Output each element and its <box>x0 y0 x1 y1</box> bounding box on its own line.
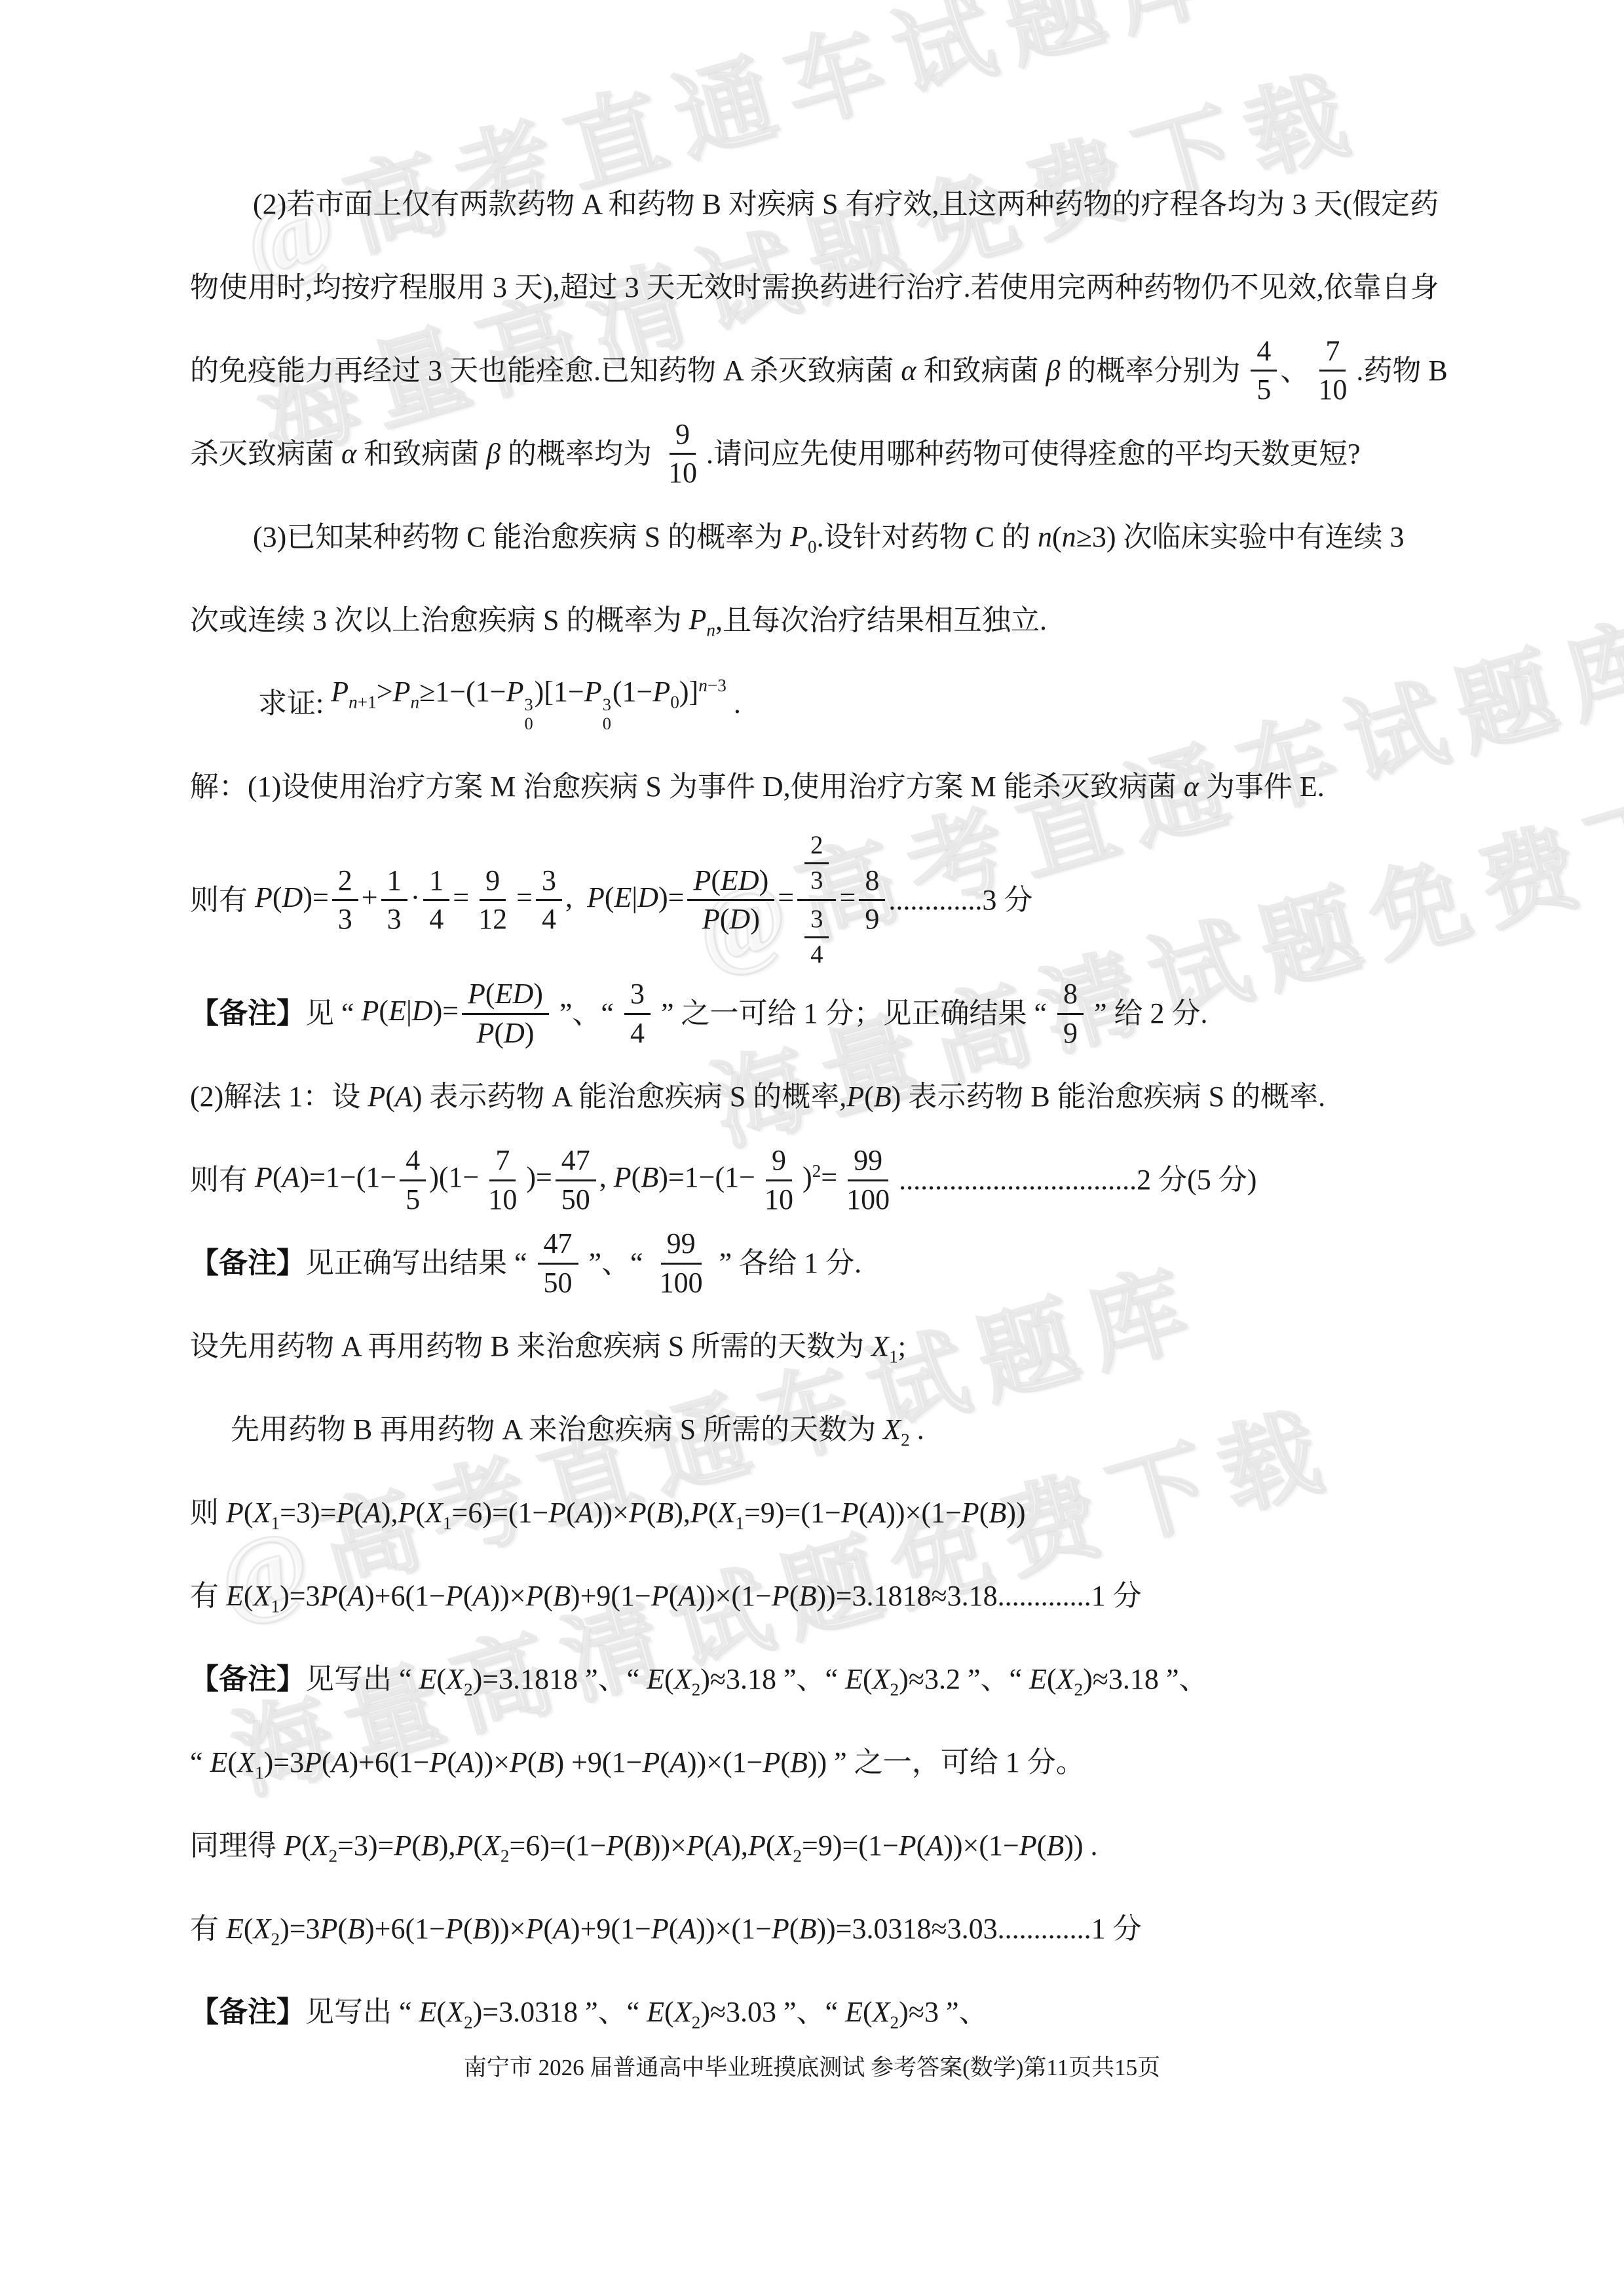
text-run: .............1 分 <box>998 1577 1142 1615</box>
math-symbol: 2 <box>812 1161 821 1181</box>
math-symbol: 2 <box>464 1679 473 1699</box>
math-variable: P <box>548 1497 566 1529</box>
subscript: 1 <box>271 1513 280 1533</box>
text-run: (2)若市面上仅有两款药物 A 和药物 B 对疾病 S 有疗效,且这两种药物的疗… <box>253 185 1439 223</box>
ex1-expectation: 有 E(X1)=3P(A)+6(1−P(A))×P(B)+9(1−P(A))×(… <box>190 1555 1500 1638</box>
math-symbol: ( <box>447 1746 457 1778</box>
math-variable: P <box>690 1497 708 1529</box>
fraction-numerator: 2 <box>804 830 829 864</box>
math-variable: A <box>713 1829 731 1862</box>
math-symbol: ( <box>227 1746 237 1778</box>
math-variable: P <box>429 1746 447 1778</box>
text-run: ” 之一，可给 1 分。 <box>827 1744 1085 1781</box>
math-variable: B <box>989 1497 1006 1529</box>
math-symbol: + <box>362 881 378 913</box>
fraction-denominator: 9 <box>859 901 885 936</box>
math-variable: n <box>706 621 715 640</box>
ex2-expectation: 有 E(X2)=3P(B)+6(1−P(B))×P(A)+9(1−P(A))×(… <box>190 1888 1500 1971</box>
math-variable: P <box>772 1580 789 1612</box>
subscript: 1 <box>735 1513 744 1533</box>
math-symbol: 50 <box>544 1267 573 1299</box>
math-symbol: = <box>778 881 794 913</box>
math-variable: P <box>455 1829 473 1862</box>
fraction: 89 <box>1057 977 1084 1050</box>
math-symbol: ( <box>859 1497 869 1529</box>
math-symbol: ) <box>750 903 760 935</box>
math-symbol: )=3 <box>280 1913 320 1945</box>
text-run: 见正确写出结果 “ <box>305 1244 535 1282</box>
text-run: 有 <box>190 1910 226 1947</box>
math-symbol: ( <box>463 1913 473 1945</box>
text-run: .请问应先使用哪种药物可使得痊愈的平均天数更短? <box>706 435 1361 472</box>
text-run: 和致病菌 <box>916 352 1046 389</box>
math-symbol: ( <box>1037 1829 1047 1862</box>
fraction-denominator: P(D) <box>696 901 766 936</box>
math-symbol: ))× <box>594 1497 629 1529</box>
math-expression: E(X2)≈3.2 <box>845 1660 960 1699</box>
math-variable: B <box>421 1829 439 1862</box>
math-symbol: 4 <box>429 903 444 935</box>
text-run: ,且每次治疗结果相互独立. <box>715 602 1047 639</box>
math-symbol: ), <box>439 1829 456 1862</box>
math-variable: P <box>320 1913 338 1945</box>
para2-line4: 杀灭致病菌 α 和致病菌 β 的概率均为 910.请问应先使用哪种药物可使得痊愈… <box>190 412 1500 495</box>
math-symbol: = <box>453 881 469 913</box>
math-variable: E <box>419 1663 437 1695</box>
math-symbol: =6)=(1− <box>452 1497 549 1529</box>
text-run: 设先用药物 A 再用药物 B 来治愈疾病 S 所需的天数为 <box>190 1328 871 1365</box>
math-variable: A <box>364 1497 381 1529</box>
math-symbol: ))×(1− <box>943 1829 1019 1862</box>
fraction-numerator: 99 <box>661 1227 702 1264</box>
fraction: 912 <box>472 864 513 936</box>
text-run: ”、“ <box>960 1660 1029 1698</box>
math-variable: A <box>472 1580 490 1612</box>
fraction-denominator: 4 <box>804 938 829 970</box>
math-variable: X <box>237 1746 255 1778</box>
math-symbol: )] <box>679 676 698 708</box>
math-symbol: 50 <box>561 1183 590 1215</box>
math-symbol: ) <box>759 864 769 896</box>
math-symbol: 9 <box>772 1144 786 1176</box>
math-expression: E(X2)=3.1818 <box>419 1660 578 1699</box>
math-expression: E(X2)=3.0318 <box>419 1993 578 2032</box>
math-symbol: ( <box>354 1497 364 1529</box>
math-symbol: ( <box>436 1996 446 2028</box>
math-expression: E(X1)=3P(A)+6(1−P(A))×P(B) +9(1−P(A))×(1… <box>210 1744 827 1782</box>
math-variable: P <box>320 1580 338 1612</box>
math-symbol: ( <box>766 1829 776 1862</box>
math-symbol: )=3.0318 <box>473 1996 578 2028</box>
pa-pb-formula: 则有 P(A)=1−(1−45)(1−710)=4750, P(B)=1−(1−… <box>190 1139 1500 1222</box>
math-symbol: ( <box>337 1913 347 1945</box>
math-symbol: 5 <box>1256 373 1271 406</box>
math-symbol: ( <box>436 1663 446 1695</box>
fraction: 4750 <box>556 1143 596 1216</box>
math-expression: E(X2)≈3.18 <box>1029 1660 1159 1699</box>
math-symbol: ( <box>566 1497 576 1529</box>
math-symbol: 0 <box>524 714 533 733</box>
math-symbol: ( <box>415 1497 425 1529</box>
math-expression: P(A) <box>368 1078 422 1115</box>
math-symbol: ( <box>863 1663 873 1695</box>
math-variable: B <box>472 1913 490 1945</box>
math-variable: B <box>799 1580 816 1612</box>
fraction-numerator: 8 <box>1057 977 1084 1014</box>
text-run: ”、“ <box>582 1244 651 1282</box>
math-symbol: 1 <box>443 1513 452 1533</box>
page: @高考直通车试题库 海量高清试题免费下载 @高考直通车试题库 海量高清试题免费下… <box>0 0 1624 2296</box>
math-variable: B <box>553 1580 571 1612</box>
math-expression: P(B)=1−(1−910)2=99100 <box>614 1143 899 1216</box>
math-symbol: 2 <box>692 1679 701 1699</box>
fraction: 34 <box>804 904 829 970</box>
math-symbol: ( <box>669 1913 679 1945</box>
math-variable: X <box>674 1996 692 2028</box>
math-symbol: 100 <box>660 1267 703 1299</box>
math-variable: P <box>587 881 605 913</box>
math-symbol: = <box>821 1161 837 1193</box>
subscript: 2 <box>271 1929 280 1949</box>
math-symbol: 2 <box>810 831 823 859</box>
math-symbol: ( <box>244 1580 254 1612</box>
math-symbol: ( <box>711 864 721 896</box>
math-symbol: 2 <box>901 1430 910 1449</box>
text-run: (2)解法 1：设 <box>190 1078 368 1115</box>
remark-4: 【备注】见写出 “ E(X2)=3.0318 ”、“ E(X2)≈3.03 ”、… <box>190 1971 1500 2054</box>
math-variable: E <box>647 1996 664 2028</box>
math-symbol: 99 <box>854 1144 882 1176</box>
math-symbol: 2 <box>1074 1679 1083 1699</box>
math-variable: P <box>1019 1829 1037 1862</box>
math-variable: P <box>899 1829 916 1862</box>
math-variable: B <box>874 1081 892 1113</box>
math-variable: D <box>504 1017 525 1049</box>
fraction: 4750 <box>538 1227 578 1299</box>
fraction: 13 <box>381 864 407 936</box>
math-variable: P <box>687 1829 704 1862</box>
math-variable: P <box>584 676 602 708</box>
remark-label: 【备注】 <box>190 1244 305 1282</box>
math-variable: P <box>468 978 485 1010</box>
math-variable: A <box>282 1161 300 1193</box>
math-variable: P <box>525 1580 543 1612</box>
fraction-denominator: P(D) <box>470 1015 540 1050</box>
math-variable: P <box>962 1497 979 1529</box>
math-symbol: ))=3.0318≈3.03 <box>816 1913 997 1945</box>
superscript: 3 <box>603 695 611 715</box>
math-symbol: 0 <box>603 714 611 733</box>
math-variable: P <box>255 1161 273 1193</box>
math-expression: P(D)=23+13·14=912=34, <box>255 864 573 936</box>
math-variable: P <box>763 1746 780 1778</box>
math-symbol: )+9(1− <box>571 1580 651 1612</box>
math-symbol: 10 <box>765 1183 793 1215</box>
math-variable: P <box>642 1746 660 1778</box>
math-symbol: =3)= <box>337 1829 394 1862</box>
math-variable: P <box>445 1580 463 1612</box>
solution1-setup: 解：(1)设使用治疗方案 M 治愈疾病 S 为事件 D,使用治疗方案 M 能杀灭… <box>190 745 1500 828</box>
math-symbol: ( <box>273 881 282 913</box>
text-run: .................................2 分(5 分… <box>899 1161 1256 1198</box>
remark-label: 【备注】 <box>190 1993 305 2031</box>
fraction-denominator: 10 <box>482 1181 523 1217</box>
math-symbol: =3)= <box>280 1497 336 1529</box>
math-symbol: ))×(1− <box>687 1746 763 1778</box>
subscript: 0 <box>524 714 533 734</box>
subscript: 2 <box>692 2012 701 2032</box>
text-run: 见 “ <box>305 995 362 1032</box>
math-symbol: ))=3.1818≈3.18 <box>816 1580 997 1612</box>
math-symbol: ))× <box>490 1913 525 1945</box>
remark-label: 【备注】 <box>190 995 305 1032</box>
fraction: 23 <box>332 864 358 936</box>
math-variable: E <box>419 1996 437 2028</box>
math-symbol: ( <box>624 1829 633 1862</box>
math-symbol: 3 <box>338 903 352 935</box>
fraction-numerator: P(ED) <box>462 977 549 1014</box>
math-expression: E(X2)≈3 <box>845 1993 939 2032</box>
text-run: ; <box>898 1328 906 1365</box>
subscript: 2 <box>1074 1679 1083 1699</box>
math-symbol: ( <box>720 903 730 935</box>
fraction-numerator: 1 <box>381 864 407 901</box>
text-run: ” 之一可给 1 分；见正确结果 “ <box>654 995 1054 1032</box>
math-variable: ED <box>721 864 759 896</box>
math-expression: P0 <box>790 518 817 556</box>
fraction-denominator: 100 <box>654 1265 709 1300</box>
math-variable: A <box>457 1746 474 1778</box>
math-variable: P <box>651 1913 669 1945</box>
math-variable: D <box>729 903 750 935</box>
superscript: 2 <box>812 1161 821 1181</box>
text-run: ”、“ <box>578 1660 647 1698</box>
math-symbol: 5 <box>406 1183 420 1215</box>
math-symbol: · <box>411 881 421 913</box>
math-symbol: ( <box>301 1829 311 1862</box>
fraction-numerator: 47 <box>538 1227 578 1264</box>
math-variable: A <box>347 1580 365 1612</box>
math-symbol: )≈3.03 <box>700 1996 776 2028</box>
fraction-denominator: 10 <box>662 455 703 490</box>
math-symbol: )=1−(1− <box>658 1161 755 1193</box>
math-symbol: | <box>632 881 637 913</box>
fraction: 89 <box>859 864 885 936</box>
math-variable: A <box>331 1746 349 1778</box>
math-symbol: ( <box>789 1913 799 1945</box>
math-symbol: 3 <box>387 903 402 935</box>
subscript: 2 <box>901 1430 910 1449</box>
math-variable: n <box>349 693 358 712</box>
math-symbol: ( <box>543 1913 553 1945</box>
math-expression: P(B) <box>846 1078 901 1115</box>
math-symbol: 2 <box>890 1679 899 1699</box>
math-symbol: 2 <box>271 1929 280 1949</box>
math-symbol: 1 <box>271 1596 280 1616</box>
math-expression: 99100 <box>651 1227 712 1299</box>
math-variable: X <box>254 1913 271 1945</box>
math-variable: X <box>883 1413 901 1445</box>
remark-1: 【备注】见 “ P(E|D)=P(ED)P(D) ”、“ 34 ” 之一可给 1… <box>190 972 1500 1056</box>
math-variable: A <box>395 1081 413 1113</box>
math-variable: E <box>226 1580 244 1612</box>
math-variable: P <box>393 676 411 708</box>
math-symbol: ), <box>381 1497 398 1529</box>
math-symbol: 8 <box>1063 978 1078 1010</box>
fraction-numerator: 7 <box>1319 334 1346 372</box>
text-run: 先用药物 B 再用药物 A 来治愈疾病 S 所需的天数为 <box>231 1411 883 1448</box>
math-symbol: 47 <box>561 1144 590 1176</box>
math-variable: A <box>670 1746 687 1778</box>
superscript: 3 <box>524 695 533 715</box>
math-symbol: ( <box>660 1746 670 1778</box>
math-expression: E(X2)=3P(B)+6(1−P(B))×P(A)+9(1−P(A))×(1−… <box>226 1910 998 1949</box>
text-run: 次临床实验中有连续 3 <box>1116 518 1404 556</box>
math-symbol: ( <box>605 881 614 913</box>
math-variable: B <box>790 1746 808 1778</box>
math-symbol: ( <box>664 1663 674 1695</box>
math-symbol: (1− <box>613 676 652 708</box>
math-variable: E <box>845 1663 863 1695</box>
text-run: 物使用时,均按疗程服用 3 天),超过 3 天无效时需换药进行治疗.若使用完两种… <box>190 269 1439 306</box>
fraction-numerator: 4 <box>1251 334 1277 372</box>
fraction: 14 <box>423 864 449 936</box>
define-x1: 设先用药物 A 再用药物 B 来治愈疾病 S 所需的天数为 X1; <box>190 1305 1500 1388</box>
stacked-scripts: 30 <box>524 695 533 734</box>
document-body: (2)若市面上仅有两款药物 A 和药物 B 对疾病 S 有疗效,且这两种药物的疗… <box>0 0 1624 2054</box>
math-symbol: ( <box>864 1081 874 1113</box>
math-variable: B <box>656 1497 673 1529</box>
math-symbol: 2 <box>692 2012 701 2032</box>
text-run: “ <box>190 1744 210 1781</box>
math-symbol: =9)=(1− <box>744 1497 841 1529</box>
math-variable: n <box>1062 521 1076 553</box>
math-variable: P <box>525 1913 543 1945</box>
fraction: 910 <box>662 417 703 490</box>
math-expression: E(X2)≈3.03 <box>647 1993 776 2032</box>
math-variable: E <box>1029 1663 1047 1695</box>
math-variable: n <box>698 676 708 695</box>
math-variable: α <box>1184 771 1199 803</box>
math-symbol: ) <box>803 1161 812 1193</box>
math-symbol: )=3.1818 <box>473 1663 578 1695</box>
math-symbol: ( <box>664 1996 674 2028</box>
fraction: 710 <box>1312 334 1353 407</box>
math-variable: P <box>772 1913 789 1945</box>
fraction: 99100 <box>840 1143 896 1216</box>
superscript: n−3 <box>698 676 727 695</box>
text-run <box>573 881 587 919</box>
text-run: 的概率分别为 <box>1060 352 1247 389</box>
math-variable: P <box>846 1081 864 1113</box>
math-variable: P <box>255 881 273 913</box>
math-symbol: )+9(1− <box>571 1913 651 1945</box>
text-run: .............1 分 <box>998 1910 1142 1947</box>
text-run: (3)已知某种药物 C 能治愈疾病 S 的概率为 <box>253 518 790 556</box>
math-variable: X <box>873 1663 890 1695</box>
math-symbol: )= <box>526 1161 552 1193</box>
math-symbol: ( <box>780 1746 790 1778</box>
math-variable: X <box>674 1663 692 1695</box>
math-symbol: 3 <box>810 905 823 933</box>
subscript: 2 <box>890 2012 899 2032</box>
para3-line1: (3)已知某种药物 C 能治愈疾病 S 的概率为 P0.设针对药物 C 的 n(… <box>190 495 1500 579</box>
math-symbol: ( <box>543 1580 553 1612</box>
fraction: 34 <box>536 864 562 936</box>
text-run: 见写出 “ <box>305 1993 419 2031</box>
fraction-denominator: 34 <box>797 901 836 972</box>
text-run: ” 各给 1 分. <box>712 1244 862 1282</box>
subscript: 2 <box>692 1679 701 1699</box>
math-symbol: )+6(1− <box>365 1580 445 1612</box>
fraction-denominator: 4 <box>423 901 449 936</box>
fraction-numerator: 23 <box>797 828 836 901</box>
math-symbol: )) <box>808 1746 827 1778</box>
math-symbol: 4 <box>810 940 823 968</box>
math-variable: ED <box>495 978 534 1010</box>
math-symbol: 2 <box>793 1846 802 1865</box>
remark-label: 【备注】 <box>190 1660 305 1698</box>
px2-distribution: 同理得 P(X2=3)=P(B),P(X2=6)=(1−P(B))×P(A),P… <box>190 1805 1500 1888</box>
px1-distribution: 则 P(X1=3)=P(A),P(X1=6)=(1−P(A))×P(B),P(X… <box>190 1472 1500 1555</box>
math-symbol: 10 <box>488 1183 517 1215</box>
math-symbol: 1 <box>387 864 402 896</box>
math-symbol: )= <box>433 995 459 1027</box>
text-run: 和致病菌 <box>356 435 486 472</box>
math-variable: β <box>1046 354 1060 387</box>
fraction: 45 <box>400 1143 426 1216</box>
math-symbol: 4 <box>1256 335 1271 367</box>
math-variable: X <box>871 1330 889 1362</box>
text-run: ”、“ <box>776 1660 845 1698</box>
math-variable: P <box>510 1746 527 1778</box>
math-variable: E <box>614 881 632 913</box>
math-variable: E <box>226 1913 244 1945</box>
math-variable: X <box>446 1663 464 1695</box>
text-run: 同理得 <box>190 1827 284 1864</box>
fraction: 910 <box>759 1143 799 1216</box>
math-variable: A <box>868 1497 886 1529</box>
math-symbol: ( <box>704 1829 714 1862</box>
math-expression: P(E|D)=P(ED)P(D) <box>362 977 552 1050</box>
math-variable: P <box>336 1497 354 1529</box>
math-expression: 4750 <box>535 1227 582 1299</box>
math-symbol: 2 <box>464 2012 473 2032</box>
math-variable: E <box>647 1663 664 1695</box>
math-symbol: )) <box>1064 1829 1083 1862</box>
math-expression: 89 <box>1054 977 1087 1050</box>
fraction-numerator: 7 <box>489 1143 516 1181</box>
math-variable: P <box>790 520 808 552</box>
math-symbol: 1 <box>429 864 444 896</box>
math-symbol: 2 <box>338 864 352 896</box>
fraction-numerator: 99 <box>848 1143 888 1181</box>
math-variable: P <box>304 1746 322 1778</box>
math-symbol: 1 <box>271 1513 280 1533</box>
fraction: 34 <box>624 977 651 1050</box>
math-symbol: )≈3 <box>899 1996 939 2028</box>
text-run: 表示药物 A 能治愈疾病 S 的概率, <box>422 1078 846 1115</box>
fraction: P(ED)P(D) <box>462 977 549 1050</box>
math-variable: n <box>1038 521 1052 553</box>
text-run: 解：(1)设使用治疗方案 M 治愈疾病 S 为事件 D,使用治疗方案 M 能杀灭… <box>190 768 1184 805</box>
math-expression: P(X2=3)=P(B),P(X2=6)=(1−P(B))×P(A),P(X2=… <box>284 1827 1084 1865</box>
math-variable: B <box>1046 1829 1064 1862</box>
fraction-denominator: 50 <box>538 1265 578 1300</box>
math-expression: 910 <box>659 417 706 490</box>
math-symbol: ( <box>485 978 495 1010</box>
math-variable: β <box>486 438 500 470</box>
